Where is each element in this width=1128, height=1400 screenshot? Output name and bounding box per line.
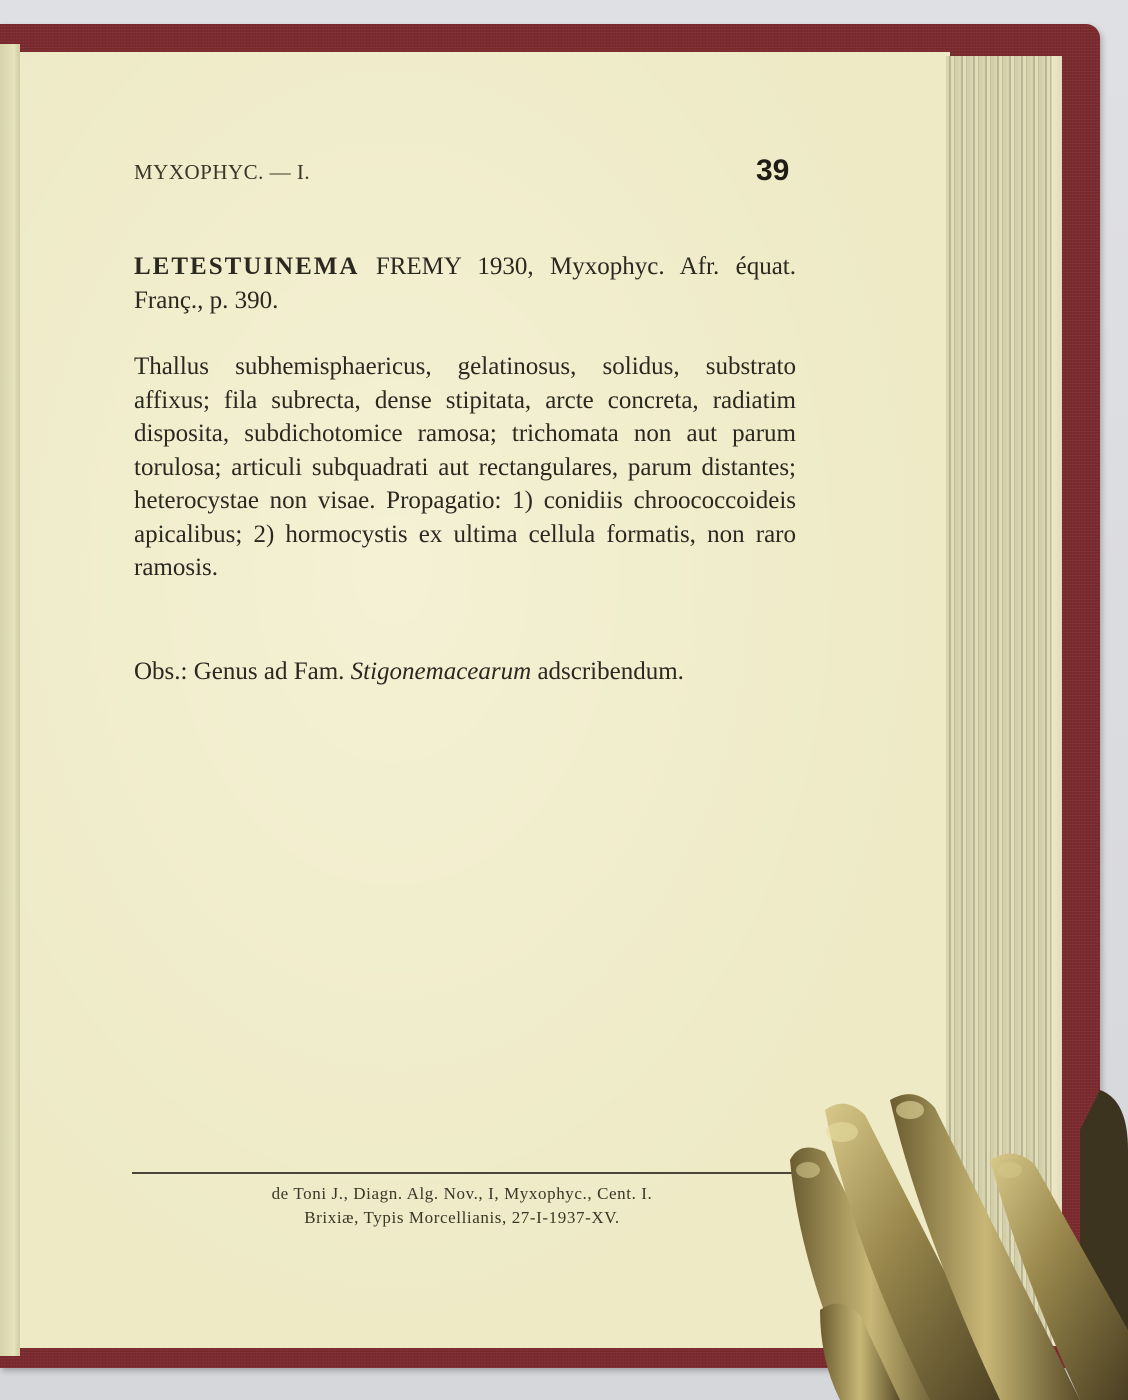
obs-suffix: adscribendum. [531, 658, 684, 685]
footer-rule [132, 1172, 792, 1174]
genus-name: LETESTUINEMA [134, 253, 359, 280]
obs-prefix: Obs.: Genus ad Fam. [134, 658, 351, 685]
page-number: 39 [756, 154, 789, 188]
brass-hand-icon [780, 1070, 1128, 1400]
entry-description: Thallus subhemisphaericus, gelatinosus, … [134, 350, 796, 585]
footer-line-1: de Toni J., Diagn. Alg. Nov., I, Myxophy… [132, 1184, 792, 1204]
left-page-edge [0, 44, 20, 1356]
footer-line-2: Brixiæ, Typis Morcellianis, 27-I-1937-XV… [132, 1208, 792, 1228]
obs-family: Stigonemacearum [351, 658, 532, 685]
running-head: MYXOPHYC. — I. [134, 160, 310, 185]
entry-observation: Obs.: Genus ad Fam. Stigonemacearum adsc… [134, 655, 796, 689]
entry-heading: LETESTUINEMA FREMY 1930, Myxophyc. Afr. … [134, 250, 796, 317]
